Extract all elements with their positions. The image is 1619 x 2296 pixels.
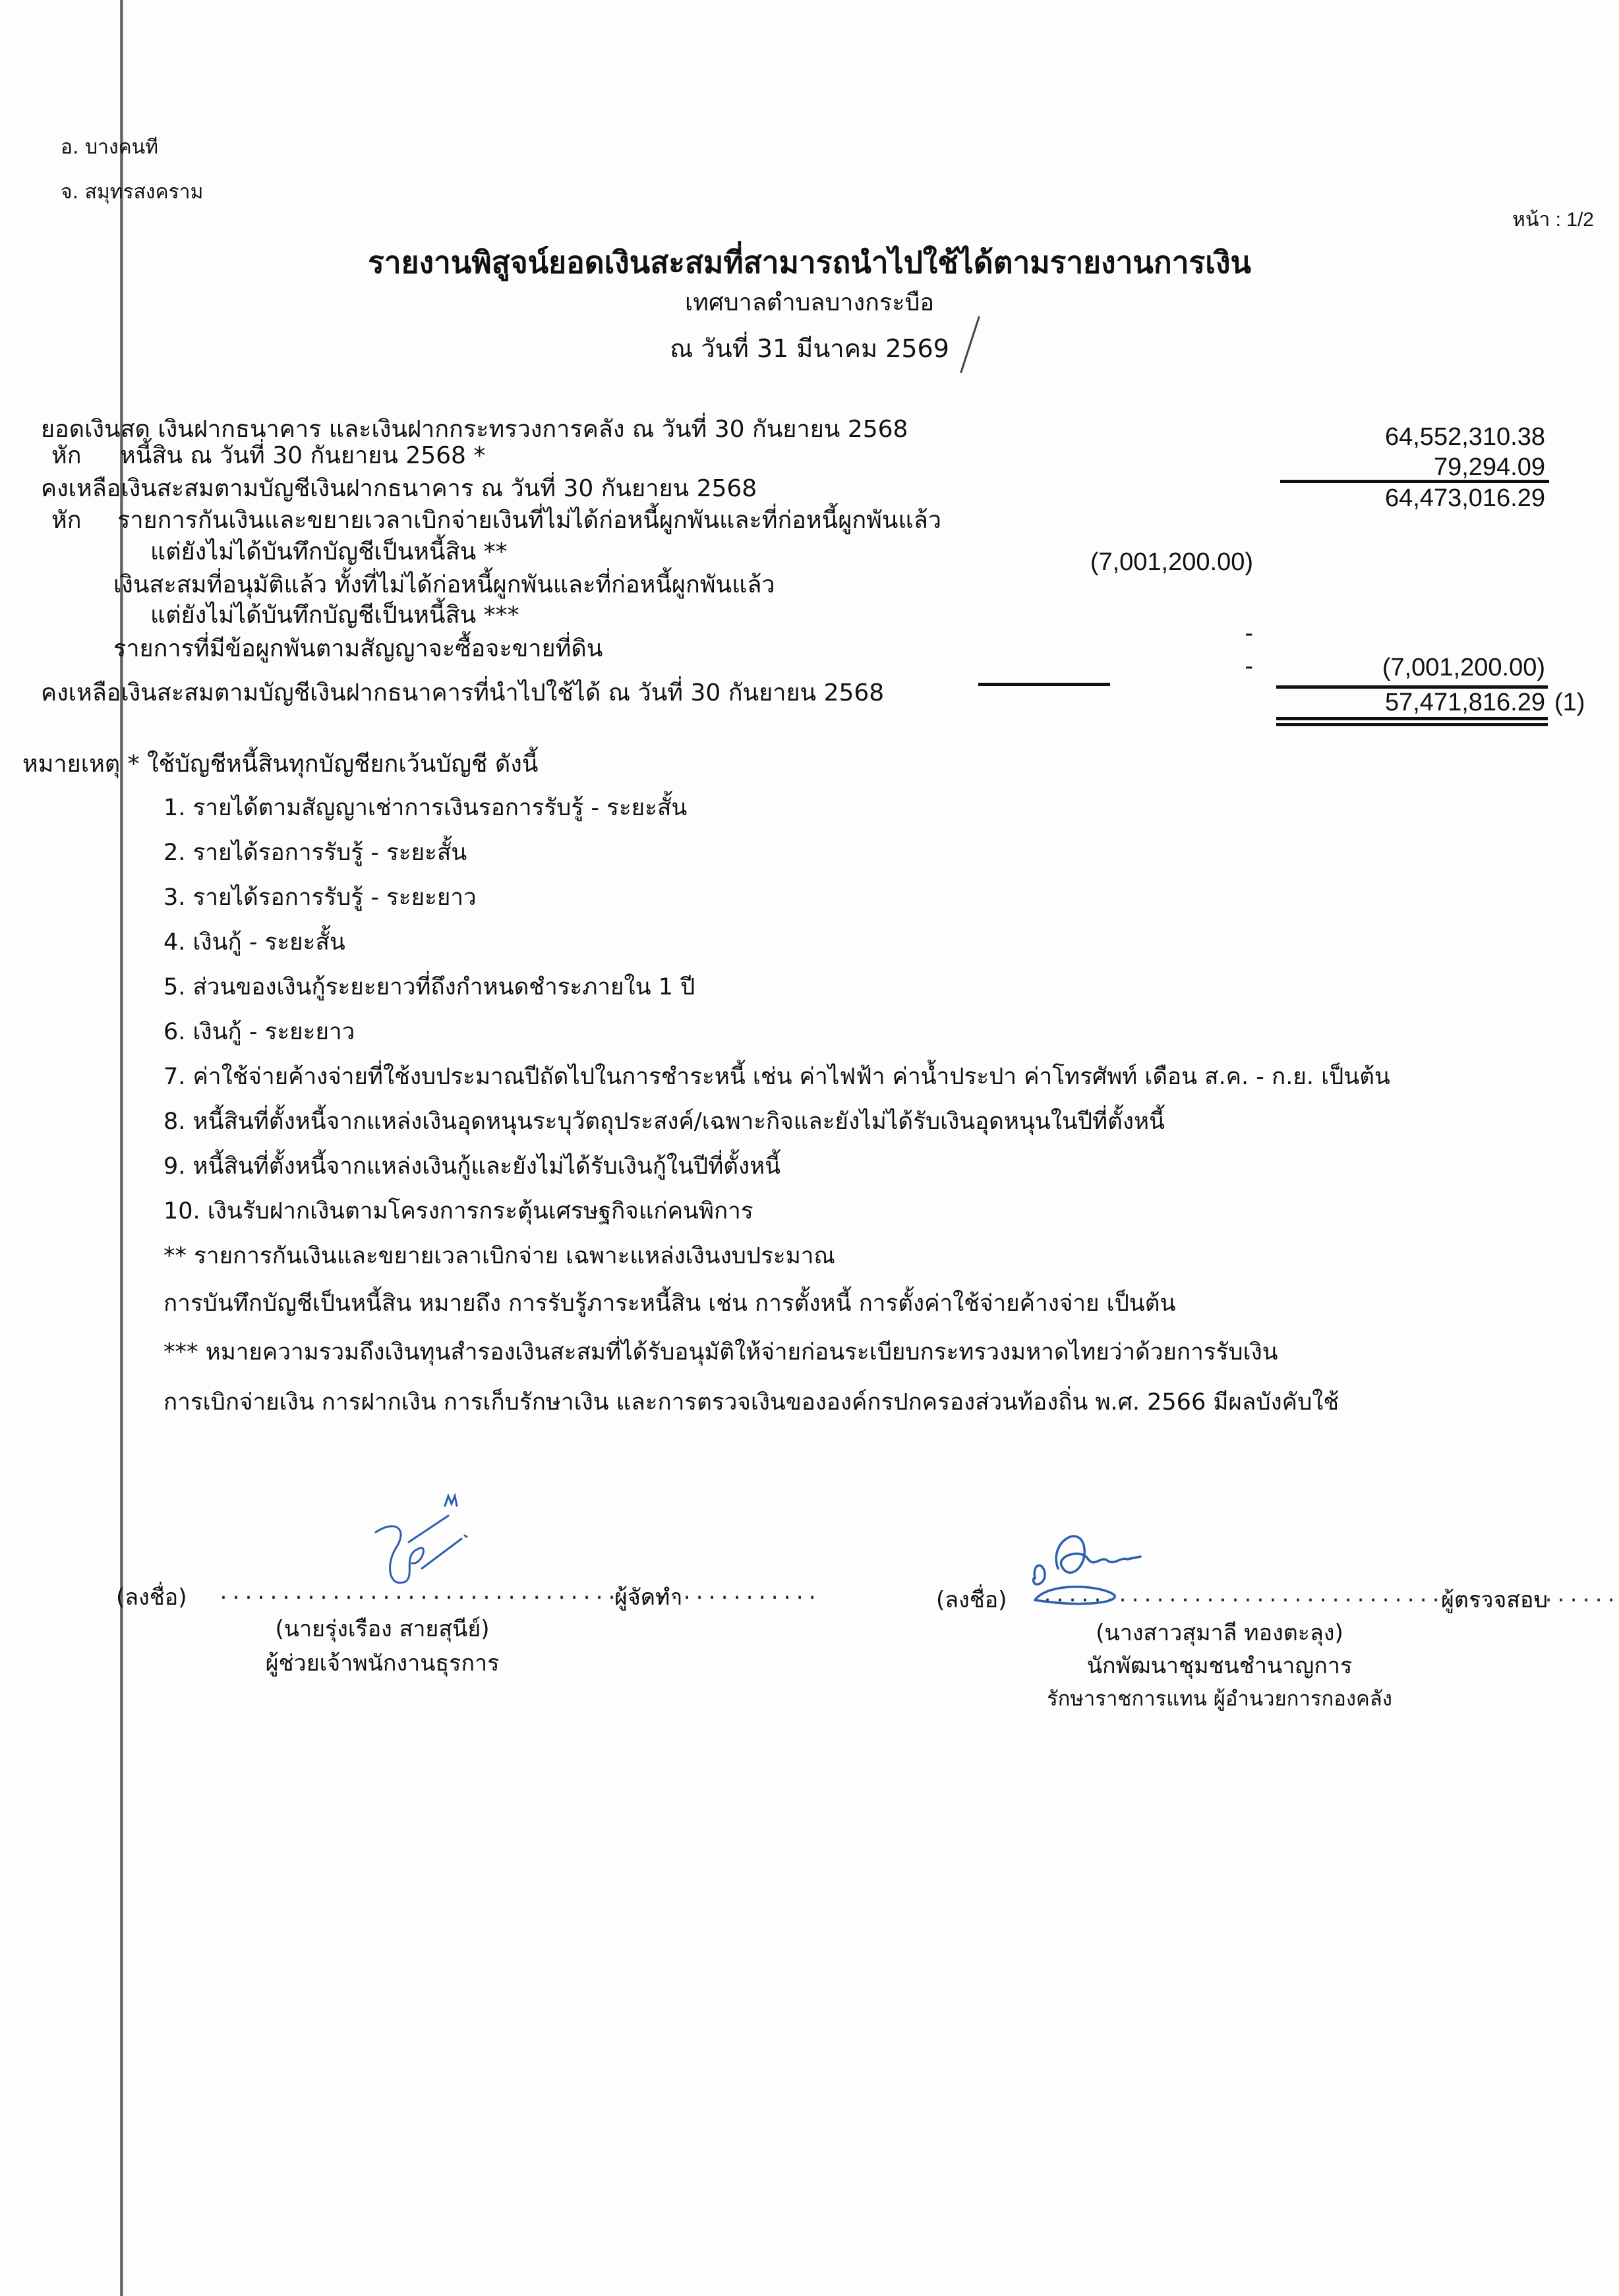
statement-row-amount: 64,552,310.38 xyxy=(1385,423,1545,451)
header-province: จ. สมุทรสงคราม xyxy=(61,177,203,208)
preparer-role: ผู้จัดทำ xyxy=(614,1579,682,1615)
reviewer-position: นักพัฒนาชุมชนชำนาญการ xyxy=(1055,1648,1384,1683)
preparer-signature-icon xyxy=(356,1503,501,1595)
note-item: 5. ส่วนของเงินกู้ระยะยาวที่ถึงกำหนดชำระภ… xyxy=(163,969,695,1005)
statement-row-amount: - xyxy=(1245,619,1253,648)
notes-heading: หมายเหตุ * ใช้บัญชีหนี้สินทุกบัญชียกเว้น… xyxy=(22,745,538,782)
reviewer-signature-icon xyxy=(1009,1516,1206,1615)
statement-row-label: คงเหลือเงินสะสมตามบัญชีเงินฝากธนาคารที่น… xyxy=(41,674,884,711)
note-item: 2. รายได้รอการรับรู้ - ระยะสั้น xyxy=(163,834,467,871)
note-item: 9. หนี้สินที่ตั้งหนี้จากแหล่งเงินกู้และย… xyxy=(163,1148,780,1184)
report-title: รายงานพิสูจน์ยอดเงินสะสมที่สามารถนำไปใช้… xyxy=(0,239,1619,287)
statement-row-label: หนี้สิน ณ วันที่ 30 กันยายน 2568 * xyxy=(120,436,485,474)
signature-line: ........................................… xyxy=(218,1583,819,1605)
statement-row-label: รายการที่มีข้อผูกพันตามสัญญาจะซื้อจะขายท… xyxy=(113,629,603,667)
sign-label: (ลงชื่อ) xyxy=(116,1579,187,1615)
total-double-rule xyxy=(1276,717,1548,726)
note-item: 8. หนี้สินที่ตั้งหนี้จากแหล่งเงินอุดหนุน… xyxy=(163,1103,1165,1139)
statement-row-amount: - xyxy=(1245,652,1253,681)
note-item: 6. เงินกู้ - ระยะยาว xyxy=(163,1014,355,1050)
reviewer-acting-title: รักษาราชการแทน ผู้อำนวยการกองคลัง xyxy=(1028,1682,1411,1715)
note-reference: (1) xyxy=(1554,689,1585,717)
note-item: 4. เงินกู้ - ระยะสั้น xyxy=(163,924,345,960)
note-item: 1. รายได้ตามสัญญาเช่าการเงินรอการรับรู้ … xyxy=(163,789,687,826)
statement-row-label: แต่ยังไม่ได้บันทึกบัญชีเป็นหนี้สิน *** xyxy=(150,596,519,633)
statement-row-prefix: หัก xyxy=(51,501,82,538)
note-item: 3. รายได้รอการรับรู้ - ระยะยาว xyxy=(163,879,477,915)
reviewer-role: ผู้ตรวจสอบ xyxy=(1441,1582,1548,1617)
preparer-name: (นายรุ่งเรือง สายสุนีย์) xyxy=(224,1611,541,1646)
statement-row-label: แต่ยังไม่ได้บันทึกบัญชีเป็นหนี้สิน ** xyxy=(150,532,508,570)
report-date: ณ วันที่ 31 มีนาคม 2569 xyxy=(0,328,1619,368)
subtotal-rule xyxy=(1280,480,1549,483)
note-item: 10. เงินรับฝากเงินตามโครงการกระตุ้นเศรษฐ… xyxy=(163,1193,753,1229)
note-item: *** หมายความรวมถึงเงินทุนสำรองเงินสะสมที… xyxy=(163,1334,1278,1370)
note-item: การเบิกจ่ายเงิน การฝากเงิน การเก็บรักษาเ… xyxy=(163,1384,1339,1420)
statement-row-amount: 64,473,016.29 xyxy=(1385,484,1545,513)
sign-label: (ลงชื่อ) xyxy=(936,1582,1007,1617)
header-district: อ. บางคนที xyxy=(61,132,158,163)
note-item: ** รายการกันเงินและขยายเวลาเบิกจ่าย เฉพา… xyxy=(163,1238,835,1274)
subtotal-rule xyxy=(978,683,1110,686)
reviewer-name: (นางสาวสุมาลี ทองตะลุง) xyxy=(1055,1615,1384,1650)
statement-row-amount: 57,471,816.29 xyxy=(1385,689,1545,717)
statement-row-amount: 79,294.09 xyxy=(1434,453,1545,482)
statement-row-amount: (7,001,200.00) xyxy=(1090,548,1253,577)
statement-row-prefix: หัก xyxy=(51,436,82,474)
page-indicator: หน้า : 1/2 xyxy=(1512,204,1594,235)
note-item: 7. ค่าใช้จ่ายค้างจ่ายที่ใช้งบประมาณปีถัด… xyxy=(163,1058,1390,1095)
preparer-position: ผู้ช่วยเจ้าพนักงานธุรการ xyxy=(224,1645,541,1680)
organization-name: เทศบาลตำบลบางกระบือ xyxy=(0,283,1619,321)
statement-row-amount: (7,001,200.00) xyxy=(1382,654,1545,682)
note-item: การบันทึกบัญชีเป็นหนี้สิน หมายถึง การรับ… xyxy=(163,1285,1175,1321)
